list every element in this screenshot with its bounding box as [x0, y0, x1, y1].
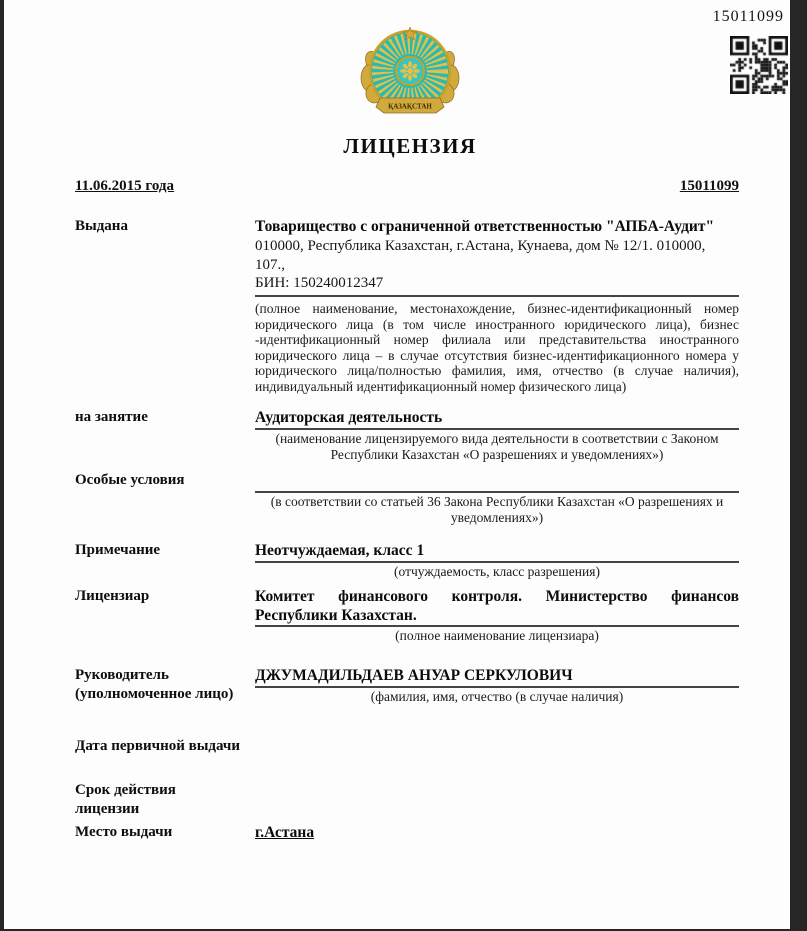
issued-to-company: Товарищество с ограниченной ответственно… [255, 217, 739, 237]
special-conditions-label: Особые условия [75, 471, 255, 490]
licensor-caption: (полное наименование лицензиара) [256, 628, 738, 644]
licensor-label: Лицензиар [75, 587, 255, 606]
doc-number-top: 15011099 [713, 8, 784, 26]
document-title: ЛИЦЕНЗИЯ [30, 134, 790, 159]
note-caption: (отчуждаемость, класс разрешения) [256, 564, 738, 580]
licensor-value: Комитет финансового контроля. Министерст… [255, 587, 739, 627]
issued-to-bin: БИН: 150240012347 [255, 275, 739, 297]
activity-value: Аудиторская деятельность [255, 408, 739, 430]
field-note: Примечание Неотчуждаемая, класс 1 (отчуж… [75, 541, 739, 580]
issued-to-address: 010000, Республика Казахстан, г.Астана, … [255, 237, 739, 275]
activity-caption: (наименование лицензируемого вида деятел… [256, 431, 738, 463]
license-number: 15011099 [680, 178, 739, 195]
date-number-row: 11.06.2015 года 15011099 [75, 178, 739, 195]
place-value: г.Астана [255, 824, 314, 841]
issued-to-label: Выдана [75, 217, 255, 236]
field-head: Руководитель (уполномоченное лицо) ДЖУМА… [75, 666, 739, 705]
field-activity: на занятие Аудиторская деятельность (наи… [75, 408, 739, 463]
head-caption: (фамилия, имя, отчество (в случае наличи… [256, 689, 738, 705]
field-validity: Срок действия лицензии [75, 781, 739, 819]
note-label: Примечание [75, 541, 255, 560]
license-document-page: 15011099 [4, 0, 790, 929]
field-first-issue: Дата первичной выдачи [75, 737, 739, 756]
special-conditions-caption: (в соответствии со статьей 36 Закона Рес… [256, 494, 738, 526]
activity-label: на занятие [75, 408, 255, 427]
document-body: 11.06.2015 года 15011099 Выдана Товарище… [4, 178, 790, 843]
place-label: Место выдачи [75, 823, 255, 842]
head-value: ДЖУМАДИЛЬДАЕВ АНУАР СЕРКУЛОВИЧ [255, 666, 739, 688]
field-place: Место выдачи г.Астана [75, 823, 739, 843]
head-label: Руководитель (уполномоченное лицо) [75, 666, 255, 704]
field-special-conditions: Особые условия (в соответствии со статье… [75, 471, 739, 526]
validity-label: Срок действия лицензии [75, 781, 187, 819]
emblem-banner-text: ҚАЗАҚСТАН [388, 103, 432, 111]
first-issue-label: Дата первичной выдачи [75, 737, 335, 756]
document-header: 15011099 [4, 0, 790, 174]
kazakhstan-coat-of-arms-icon: ҚАЗАҚСТАН [358, 26, 462, 118]
issued-to-caption: (полное наименование, местонахождение, б… [255, 301, 739, 395]
qr-code-icon [730, 36, 788, 94]
field-issued-to: Выдана Товарищество с ограниченной ответ… [75, 217, 739, 395]
field-licensor: Лицензиар Комитет финансового контроля. … [75, 587, 739, 644]
issue-date: 11.06.2015 года [75, 178, 174, 195]
note-value: Неотчуждаемая, класс 1 [255, 541, 739, 563]
special-conditions-value [255, 471, 739, 493]
